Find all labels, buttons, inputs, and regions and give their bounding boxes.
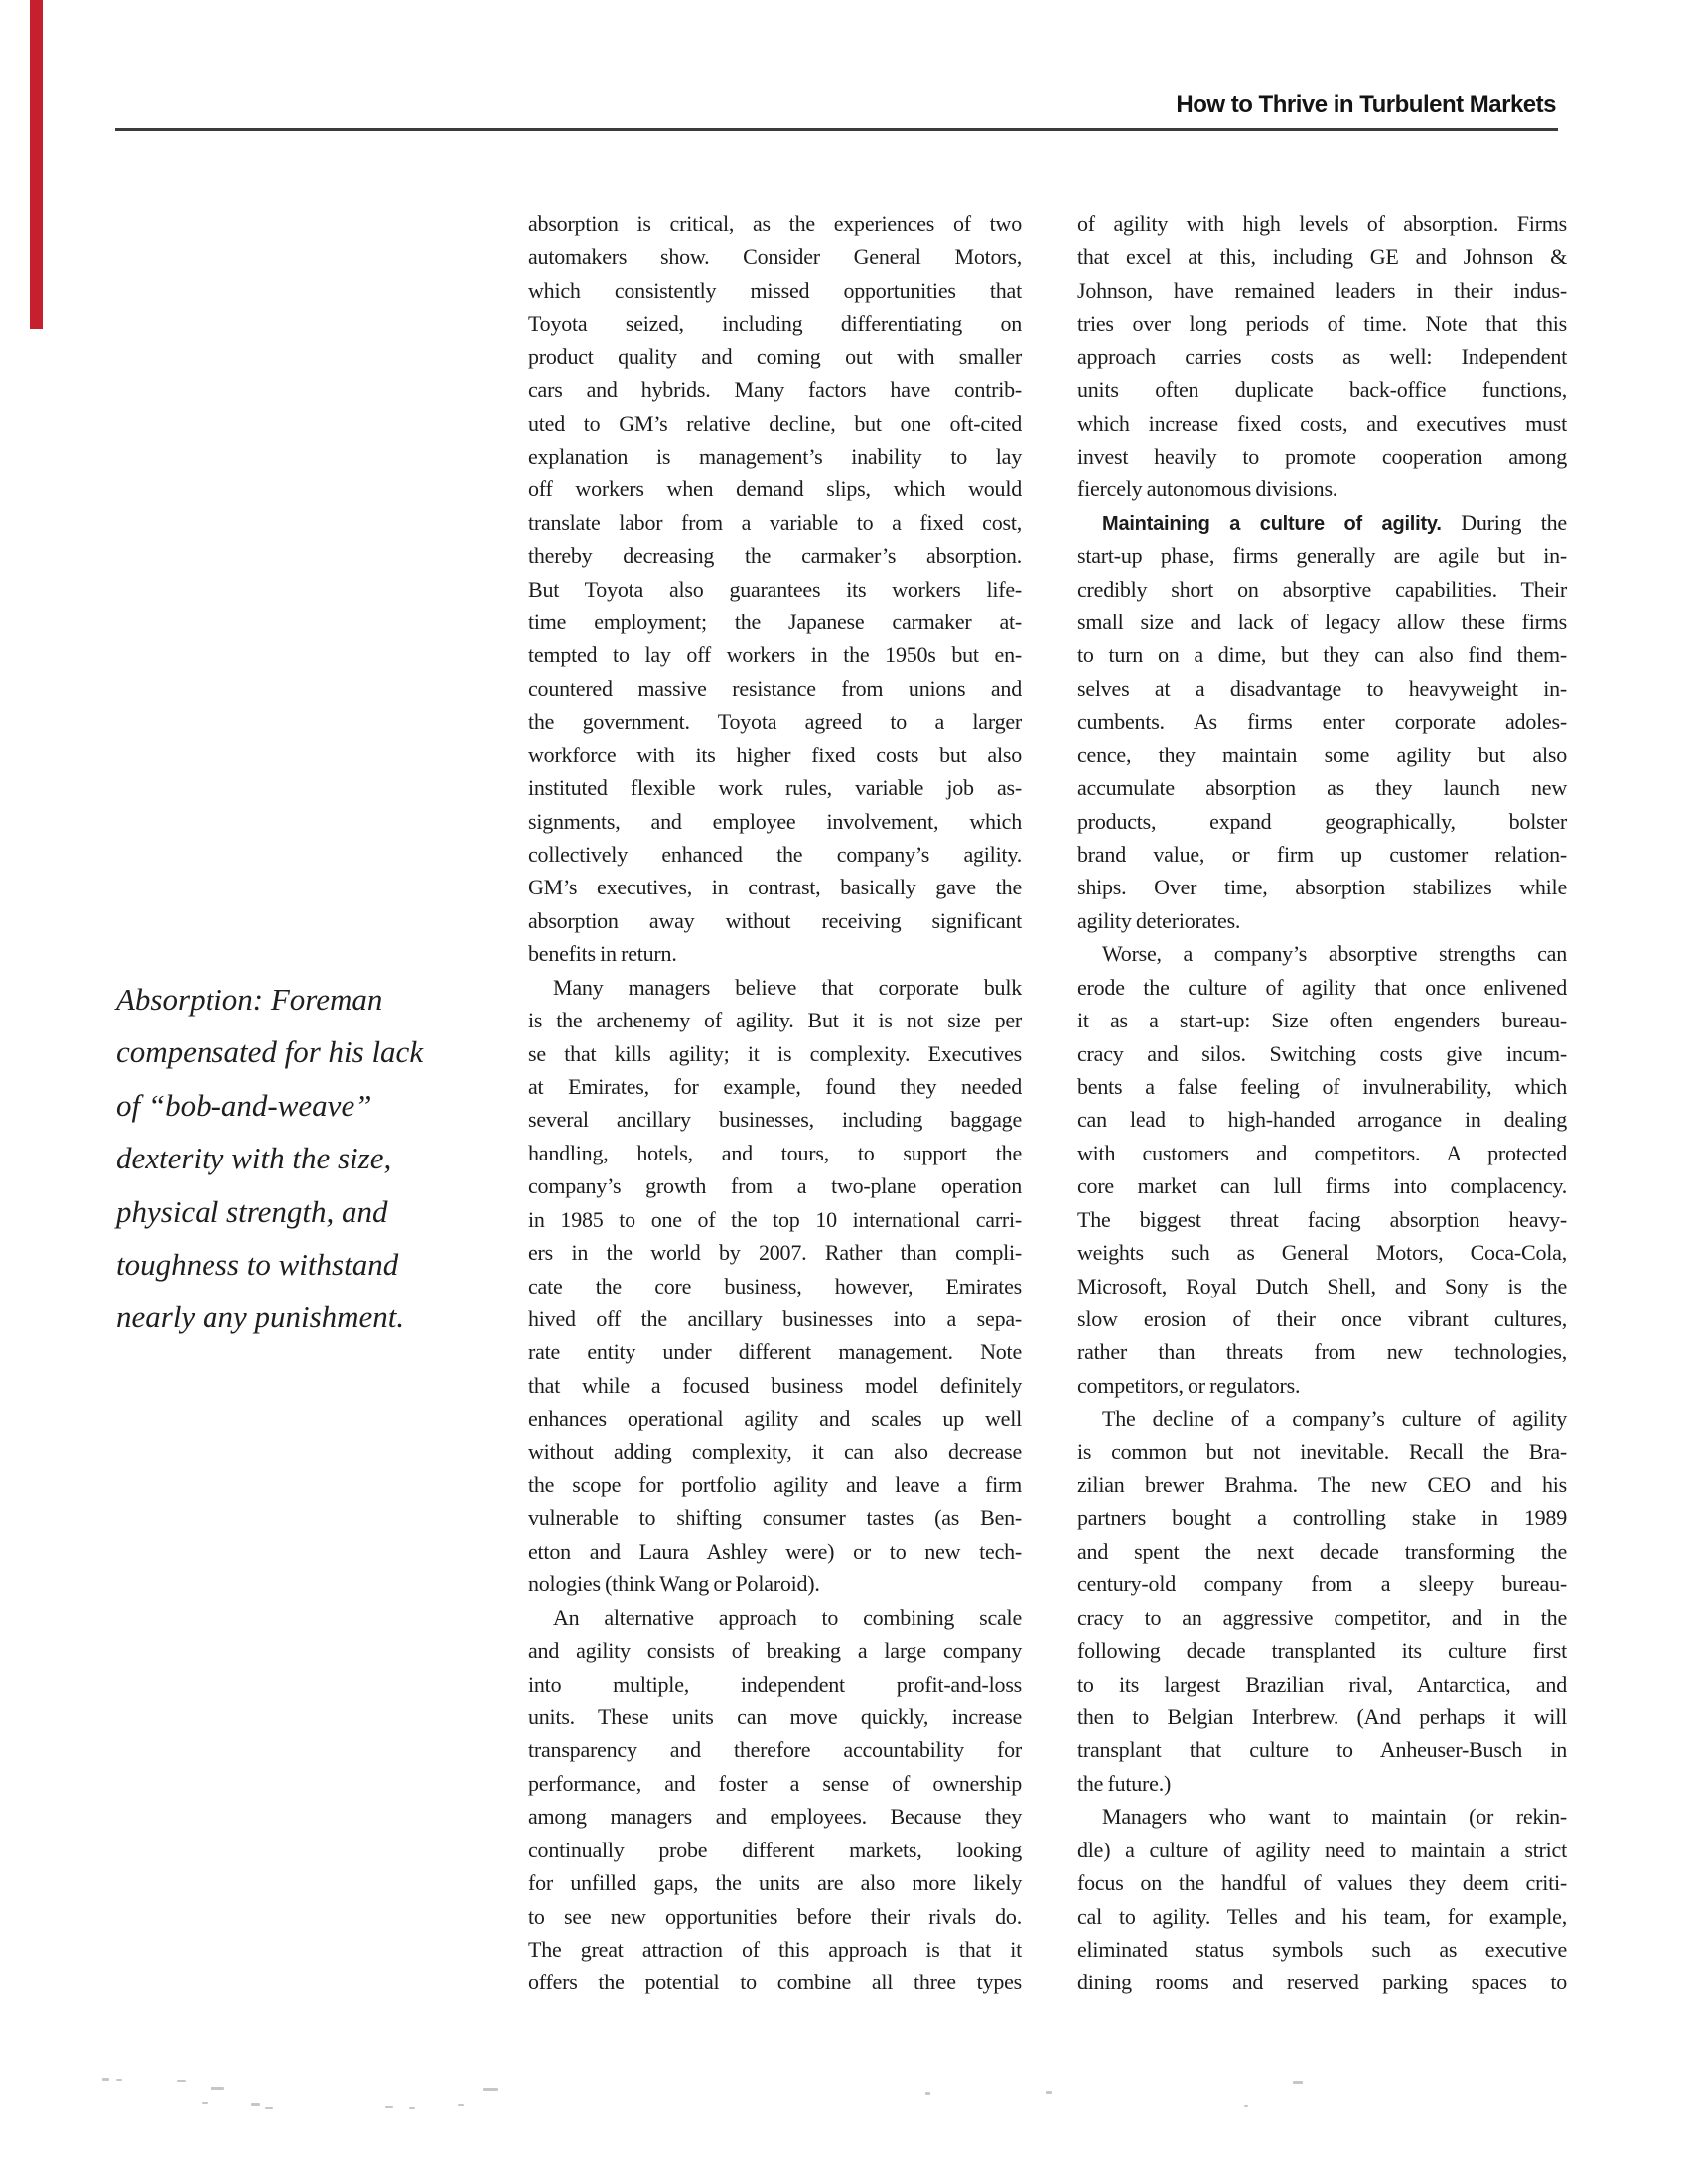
text-line: uted to GM’s relative decline, but one o…	[528, 407, 1022, 440]
text-line: which increase fixed costs, and executiv…	[1077, 407, 1567, 440]
scan-artifact	[458, 2104, 464, 2106]
scan-artifact	[1293, 2081, 1303, 2084]
text-line: ers in the world by 2007. Rather than co…	[528, 1236, 1022, 1269]
scan-artifact	[1046, 2091, 1052, 2094]
text-line: vulnerable to shifting consumer tastes (…	[528, 1501, 1022, 1534]
text-line: GM’s executives, in contrast, basically …	[528, 871, 1022, 903]
text-line: then to Belgian Interbrew. (And perhaps …	[1077, 1701, 1567, 1733]
text-line: Managers who want to maintain (or rekin-	[1077, 1800, 1567, 1833]
header-rule-divider	[115, 128, 1558, 131]
text-line: rate entity under different management. …	[528, 1335, 1022, 1368]
text-line: cate the core business, however, Emirate…	[528, 1270, 1022, 1302]
text-line: Johnson, have remained leaders in their …	[1077, 274, 1567, 307]
text-line: nologies (think Wang or Polaroid).	[528, 1568, 1022, 1600]
text-line: off workers when demand slips, which wou…	[528, 473, 1022, 505]
text-line: Toyota seized, including differentiating…	[528, 307, 1022, 340]
text-line: cracy and silos. Switching costs give in…	[1077, 1037, 1567, 1070]
scan-artifact	[265, 2107, 273, 2109]
text-line: instituted flexible work rules, variable…	[528, 771, 1022, 804]
text-line: accumulate absorption as they launch new	[1077, 771, 1567, 804]
text-line: collectively enhanced the company’s agil…	[528, 838, 1022, 871]
text-line: competitors, or regulators.	[1077, 1369, 1567, 1402]
text-line: to its largest Brazilian rival, Antarcti…	[1077, 1668, 1567, 1701]
scan-artifact	[177, 2080, 186, 2082]
text-line: selves at a disadvantage to heavyweight …	[1077, 672, 1567, 705]
text-line: The great attraction of this approach is…	[528, 1933, 1022, 1966]
text-line: cence, they maintain some agility but al…	[1077, 739, 1567, 771]
text-line: hived off the ancillary businesses into …	[528, 1302, 1022, 1335]
text-line: absorption is critical, as the experienc…	[528, 207, 1022, 240]
text-line: it as a start-up: Size often engenders b…	[1077, 1004, 1567, 1036]
text-line: ships. Over time, absorption stabilizes …	[1077, 871, 1567, 903]
pull-quote-line: compensated for his lack	[116, 1025, 543, 1078]
text-line: cal to agility. Telles and his team, for…	[1077, 1900, 1567, 1933]
text-line: erode the culture of agility that once e…	[1077, 971, 1567, 1004]
text-line: cars and hybrids. Many factors have cont…	[528, 373, 1022, 406]
pull-quote: Absorption: Foremancompensated for his l…	[116, 973, 543, 1344]
pull-quote-line: nearly any punishment.	[116, 1291, 543, 1343]
text-line: offers the potential to combine all thre…	[528, 1966, 1022, 1998]
text-line: tempted to lay off workers in the 1950s …	[528, 638, 1022, 671]
text-line: eliminated status symbols such as execut…	[1077, 1933, 1567, 1966]
scan-artifact	[102, 2078, 109, 2081]
run-in-heading: Maintaining a culture of agility.	[1102, 513, 1442, 535]
text-line: explanation is management’s inability to…	[528, 440, 1022, 473]
pull-quote-line: of “bob-and-weave”	[116, 1079, 543, 1132]
text-line: slow erosion of their once vibrant cultu…	[1077, 1302, 1567, 1335]
text-line: focus on the handful of values they deem…	[1077, 1866, 1567, 1899]
text-line: translate labor from a variable to a fix…	[528, 506, 1022, 539]
pull-quote-line: Absorption: Foreman	[116, 973, 543, 1025]
text-line: Worse, a company’s absorptive strengths …	[1077, 937, 1567, 970]
text-line: units often duplicate back-office functi…	[1077, 373, 1567, 406]
paragraph: The decline of a company’s culture of ag…	[1077, 1402, 1567, 1800]
text-line: But Toyota also guarantees its workers l…	[528, 573, 1022, 606]
paragraph: An alternative approach to combining sca…	[528, 1601, 1022, 1999]
text-line: to turn on a dime, but they can also fin…	[1077, 638, 1567, 671]
text-line: core market can lull firms into complace…	[1077, 1169, 1567, 1202]
text-line: of agility with high levels of absorptio…	[1077, 207, 1567, 240]
text-line: enhances operational agility and scales …	[528, 1402, 1022, 1434]
text-line: The biggest threat facing absorption hea…	[1077, 1203, 1567, 1236]
text-line: dining rooms and reserved parking spaces…	[1077, 1966, 1567, 1998]
text-line: with customers and competitors. A protec…	[1077, 1137, 1567, 1169]
text-line: can lead to high-handed arrogance in dea…	[1077, 1103, 1567, 1136]
text-line: The decline of a company’s culture of ag…	[1077, 1402, 1567, 1434]
text-line: that excel at this, including GE and Joh…	[1077, 240, 1567, 273]
text-line: time employment; the Japanese carmaker a…	[528, 606, 1022, 638]
scan-artifact	[409, 2107, 415, 2109]
text-line: without adding complexity, it can also d…	[528, 1435, 1022, 1468]
text-line: transparency and therefore accountabilit…	[528, 1733, 1022, 1766]
pull-quote-line: dexterity with the size,	[116, 1132, 543, 1184]
text-line: products, expand geographically, bolster	[1077, 805, 1567, 838]
text-line: and agility consists of breaking a large…	[528, 1634, 1022, 1667]
scan-artifact	[116, 2079, 122, 2081]
text-line: product quality and coming out with smal…	[528, 341, 1022, 373]
text-line: small size and lack of legacy allow thes…	[1077, 606, 1567, 638]
scan-artifact	[202, 2102, 208, 2104]
text-line: cumbents. As firms enter corporate adole…	[1077, 705, 1567, 738]
text-line: in 1985 to one of the top 10 internation…	[528, 1203, 1022, 1236]
article-column-right: of agility with high levels of absorptio…	[1077, 207, 1567, 1999]
text-line: century-old company from a sleepy bureau…	[1077, 1568, 1567, 1600]
text-line: among managers and employees. Because th…	[528, 1800, 1022, 1833]
text-line: invest heavily to promote cooperation am…	[1077, 440, 1567, 473]
text-line: benefits in return.	[528, 937, 1022, 970]
text-line: credibly short on absorptive capabilitie…	[1077, 573, 1567, 606]
text-line: following decade transplanted its cultur…	[1077, 1634, 1567, 1667]
paragraph: of agility with high levels of absorptio…	[1077, 207, 1567, 506]
text-line: An alternative approach to combining sca…	[528, 1601, 1022, 1634]
text-line: bents a false feeling of invulnerability…	[1077, 1070, 1567, 1103]
text-line: etton and Laura Ashley were) or to new t…	[528, 1535, 1022, 1568]
text-line: continually probe different markets, loo…	[528, 1834, 1022, 1866]
text-line: Maintaining a culture of agility. During…	[1077, 506, 1567, 539]
text-line: weights such as General Motors, Coca-Col…	[1077, 1236, 1567, 1269]
text-line: brand value, or firm up customer relatio…	[1077, 838, 1567, 871]
scan-artifact	[385, 2106, 393, 2108]
text-line: dle) a culture of agility need to mainta…	[1077, 1834, 1567, 1866]
text-line: approach carries costs as well: Independ…	[1077, 341, 1567, 373]
paragraph: absorption is critical, as the experienc…	[528, 207, 1022, 971]
text-line: agility deteriorates.	[1077, 904, 1567, 937]
text-line: units. These units can move quickly, inc…	[528, 1701, 1022, 1733]
text-line: tries over long periods of time. Note th…	[1077, 307, 1567, 340]
text-line: rather than threats from new technologie…	[1077, 1335, 1567, 1368]
text-line: at Emirates, for example, found they nee…	[528, 1070, 1022, 1103]
paragraph: Managers who want to maintain (or rekin-…	[1077, 1800, 1567, 1999]
text-line: cracy to an aggressive competitor, and i…	[1077, 1601, 1567, 1634]
scan-artifact	[1244, 2105, 1248, 2107]
text-line: fiercely autonomous divisions.	[1077, 473, 1567, 505]
text-line: company’s growth from a two-plane operat…	[528, 1169, 1022, 1202]
text-line: several ancillary businesses, including …	[528, 1103, 1022, 1136]
text-line: Microsoft, Royal Dutch Shell, and Sony i…	[1077, 1270, 1567, 1302]
text-line: that while a focused business model defi…	[528, 1369, 1022, 1402]
text-line: is the archenemy of agility. But it is n…	[528, 1004, 1022, 1036]
text-line: transplant that culture to Anheuser-Busc…	[1077, 1733, 1567, 1766]
text-line: performance, and foster a sense of owner…	[528, 1767, 1022, 1800]
scan-artifact	[211, 2087, 224, 2090]
paragraph: Maintaining a culture of agility. During…	[1077, 506, 1567, 937]
paragraph: Many managers believe that corporate bul…	[528, 971, 1022, 1601]
text-line: for unfilled gaps, the units are also mo…	[528, 1866, 1022, 1899]
text-line: automakers show. Consider General Motors…	[528, 240, 1022, 273]
text-line: is common but not inevitable. Recall the…	[1077, 1435, 1567, 1468]
text-line: countered massive resistance from unions…	[528, 672, 1022, 705]
text-line: the government. Toyota agreed to a large…	[528, 705, 1022, 738]
text-line: partners bought a controlling stake in 1…	[1077, 1501, 1567, 1534]
pull-quote-line: physical strength, and	[116, 1185, 543, 1238]
text-line: handling, hotels, and tours, to support …	[528, 1137, 1022, 1169]
scan-artifact	[925, 2092, 930, 2095]
text-line: start-up phase, firms generally are agil…	[1077, 539, 1567, 572]
text-line: the scope for portfolio agility and leav…	[528, 1468, 1022, 1501]
article-column-left: absorption is critical, as the experienc…	[528, 207, 1022, 1999]
text-line: signments, and employee involvement, whi…	[528, 805, 1022, 838]
text-line: the future.)	[1077, 1767, 1567, 1800]
text-line: into multiple, independent profit-and-lo…	[528, 1668, 1022, 1701]
pull-quote-line: toughness to withstand	[116, 1238, 543, 1291]
paragraph: Worse, a company’s absorptive strengths …	[1077, 937, 1567, 1402]
page: How to Thrive in Turbulent Markets Absor…	[0, 0, 1688, 2184]
scan-artifact	[483, 2088, 498, 2091]
scan-artifact	[251, 2103, 260, 2106]
text-line: zilian brewer Brahma. The new CEO and hi…	[1077, 1468, 1567, 1501]
text-line: se that kills agility; it is complexity.…	[528, 1037, 1022, 1070]
text-line: Many managers believe that corporate bul…	[528, 971, 1022, 1004]
text-line: to see new opportunities before their ri…	[528, 1900, 1022, 1933]
red-edge-tab	[30, 0, 43, 329]
text-line: absorption away without receiving signif…	[528, 904, 1022, 937]
text-line: and spent the next decade transforming t…	[1077, 1535, 1567, 1568]
text-line: thereby decreasing the carmaker’s absorp…	[528, 539, 1022, 572]
text-line: which consistently missed opportunities …	[528, 274, 1022, 307]
page-header-title: How to Thrive in Turbulent Markets	[1176, 91, 1556, 119]
text-line: workforce with its higher fixed costs bu…	[528, 739, 1022, 771]
